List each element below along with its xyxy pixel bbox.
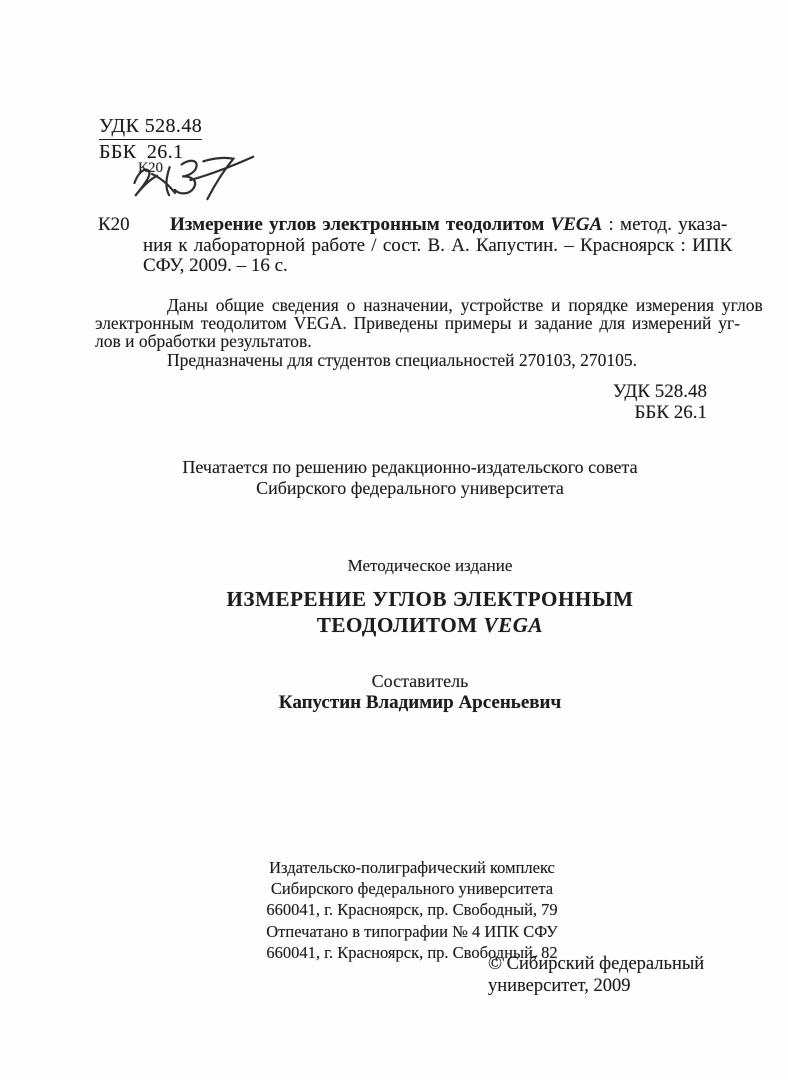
entry-title-bold: Измерение углов электронным теодолитом	[170, 214, 551, 235]
catalog-entry-line: ния к лабораторной работе / сост. В. А. …	[143, 236, 712, 257]
copyright-notice: © Сибирский федеральный университет, 200…	[488, 953, 704, 997]
catalog-entry-line: Измерение углов электронным теодолитом V…	[170, 215, 712, 236]
document-page: { "classification": { "udk_top": "УДК 52…	[0, 0, 788, 1080]
copyright-line: © Сибирский федеральный	[488, 953, 704, 975]
abstract: Даны общие сведения о назначении, устрой…	[95, 296, 713, 369]
handwritten-mark-icon	[124, 146, 259, 201]
publisher-line: Издательско-полиграфический комплекс	[112, 857, 712, 878]
abstract-line: Предназначены для студентов специальност…	[95, 351, 713, 369]
compiler-label: Составитель	[130, 671, 710, 692]
compiler-name: Капустин Владимир Арсеньевич	[130, 692, 710, 713]
edition-title-line: ТЕОДОЛИТОМ VEGA	[135, 613, 725, 639]
edition-title-vega: VEGA	[484, 613, 544, 637]
abstract-line: Даны общие сведения о назначении, устрой…	[95, 296, 713, 314]
publisher-line: 660041, г. Красноярск, пр. Свободный, 79	[112, 899, 712, 920]
approval-line: Печатается по решению редакционно-издате…	[110, 457, 710, 478]
edition-type-label: Методическое издание	[135, 556, 725, 576]
catalog-entry-line: СФУ, 2009. – 16 с.	[143, 256, 712, 277]
authorial-sign: К20	[98, 215, 130, 236]
catalog-entry: К20 Измерение углов электронным теодолит…	[98, 215, 712, 277]
udk-right: УДК 528.48	[613, 382, 707, 403]
edition-title-prefix: ТЕОДОЛИТОМ	[317, 613, 484, 637]
handwritten-mark	[124, 146, 259, 206]
approval-line: Сибирского федерального университета	[110, 478, 710, 499]
entry-line1-rest: : метод. указа-	[602, 214, 727, 235]
abstract-line: электронным теодолитом VEGA. Приведены п…	[95, 314, 713, 332]
compiler-block: Составитель Капустин Владимир Арсеньевич	[130, 671, 710, 713]
abstract-line: лов и обработки результатов.	[95, 332, 713, 350]
codes-right: УДК 528.48 ББК 26.1	[613, 382, 707, 423]
edition-title-line: ИЗМЕРЕНИЕ УГЛОВ ЭЛЕКТРОННЫМ	[135, 587, 725, 613]
approval-note: Печатается по решению редакционно-издате…	[110, 457, 710, 499]
copyright-line: университет, 2009	[488, 975, 704, 997]
publisher-line: Сибирского федерального университета	[112, 878, 712, 899]
udk-classification: УДК 528.48	[99, 115, 202, 140]
edition-title: ИЗМЕРЕНИЕ УГЛОВ ЭЛЕКТРОННЫМ ТЕОДОЛИТОМ V…	[135, 587, 725, 638]
publisher-line: Отпечатано в типографии № 4 ИПК СФУ	[112, 921, 712, 942]
bbk-right: ББК 26.1	[613, 403, 707, 424]
entry-title-vega: VEGA	[551, 214, 603, 235]
publisher-block: Издательско-полиграфический комплекс Сиб…	[112, 857, 712, 963]
